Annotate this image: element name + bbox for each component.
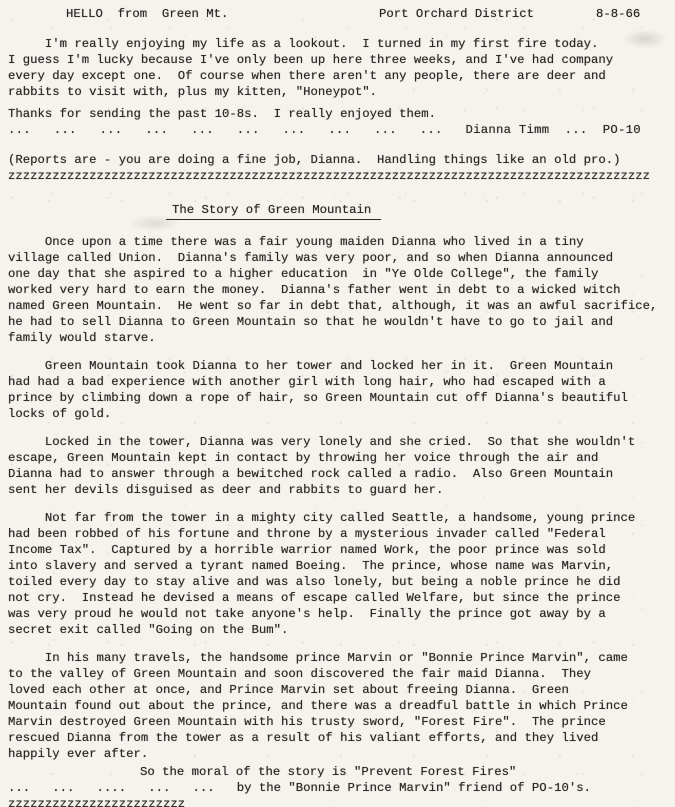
z-divider-line: zzzzzzzzzzzzzzzzzzzzzzzzzzzzzzzzzzzzzzzz…	[8, 168, 667, 184]
story-byline: ... ... .... ... ... by the "Bonnie Prin…	[8, 780, 667, 796]
story-paragraph: Locked in the tower, Dianna was very lon…	[8, 434, 667, 498]
story-title-row: The Story of Green Mountain	[8, 202, 667, 222]
story-paragraph: Not far from the tower in a mighty city …	[8, 510, 667, 638]
story-moral-line: So the moral of the story is "Prevent Fo…	[8, 764, 667, 780]
header-greeting: HELLO from Green Mt.	[66, 6, 228, 22]
header-district: Port Orchard District	[379, 6, 534, 22]
signature-line: ... ... ... ... ... ... ... ... ... ... …	[8, 122, 667, 138]
story-title: The Story of Green Mountain	[166, 202, 381, 220]
typewritten-letter-page: HELLO from Green Mt. Port Orchard Distri…	[0, 0, 675, 807]
story-paragraph: Once upon a time there was a fair young …	[8, 234, 667, 346]
scan-smudge	[120, 212, 190, 234]
header-date: 8-8-66	[596, 6, 640, 22]
story-paragraph: In his many travels, the handsome prince…	[8, 650, 667, 762]
page-header: HELLO from Green Mt. Port Orchard Distri…	[8, 6, 667, 22]
scan-smudge	[615, 26, 675, 52]
letter-thanks-line: Thanks for sending the past 10-8s. I rea…	[8, 106, 667, 122]
z-divider-line-partial: zzzzzzzzzzzzzzzzzzzzzzzz	[8, 796, 667, 807]
story-paragraph: Green Mountain took Dianna to her tower …	[8, 358, 667, 422]
editor-reply-note: (Reports are - you are doing a fine job,…	[8, 152, 667, 168]
letter-paragraph: I'm really enjoying my life as a lookout…	[8, 36, 667, 100]
